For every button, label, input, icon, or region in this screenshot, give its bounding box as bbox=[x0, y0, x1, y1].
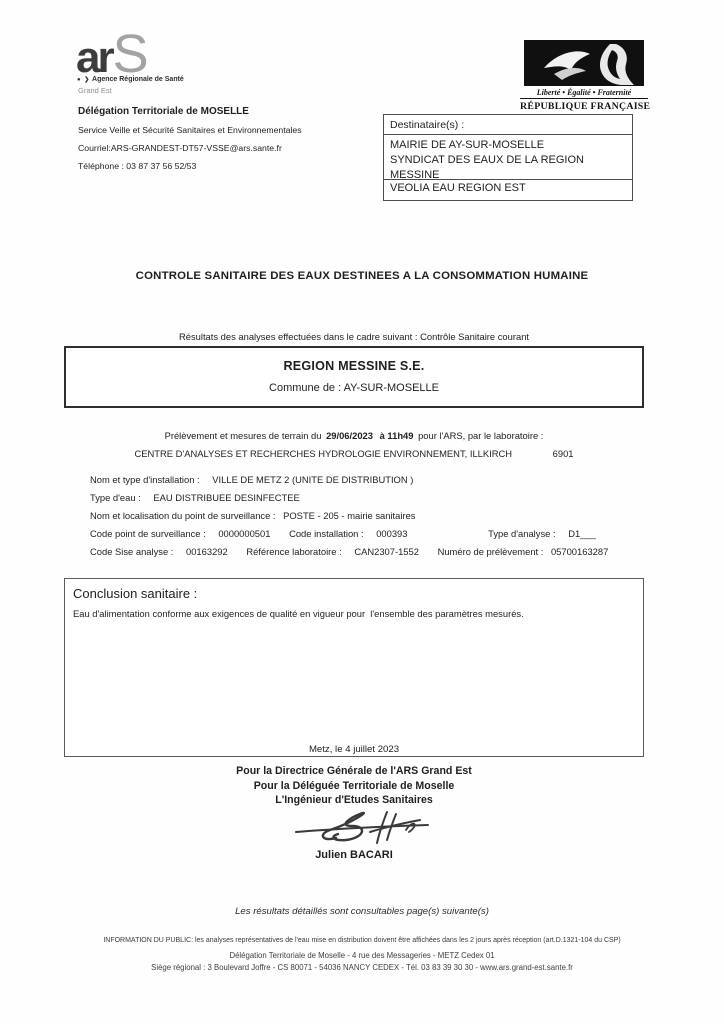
surveillance-point-label: Nom et localisation du point de surveill… bbox=[90, 510, 276, 521]
ars-tagline-text: Agence Régionale de Santé bbox=[92, 76, 184, 83]
email-line: Courriel:ARS-GRANDEST-DT57-VSSE@ars.sant… bbox=[78, 143, 282, 153]
sample-number-value: 05700163287 bbox=[551, 546, 608, 557]
conclusion-label: Conclusion sanitaire : bbox=[73, 586, 643, 601]
sampling-intro-after: pour l'ARS, par le laboratoire : bbox=[418, 430, 543, 441]
lab-reference-label: Référence laboratoire : bbox=[246, 546, 341, 557]
recipients-label: Destinataire(s) : bbox=[384, 115, 632, 135]
water-type-line: Type d'eau : EAU DISTRIBUEE DESINFECTEE bbox=[90, 492, 300, 503]
commune-line: Commune de : AY-SUR-MOSELLE bbox=[66, 382, 642, 394]
installation-line: Nom et type d'installation : VILLE DE ME… bbox=[90, 474, 413, 485]
delegation-title: Délégation Territoriale de MOSELLE bbox=[78, 106, 249, 117]
signature-title-1: Pour la Directrice Générale de l'ARS Gra… bbox=[64, 764, 644, 779]
codes-line-1: Code point de surveillance : 0000000501 … bbox=[90, 528, 596, 539]
detailed-results-note: Les résultats détaillés sont consultable… bbox=[0, 906, 724, 917]
marianne-logo: Liberté • Égalité • Fraternité RÉPUBLIQU… bbox=[520, 40, 648, 112]
signature-titles: Pour la Directrice Générale de l'ARS Gra… bbox=[64, 764, 644, 808]
water-type-value: EAU DISTRIBUEE DESINFECTEE bbox=[153, 492, 299, 503]
laboratory-code: 6901 bbox=[553, 448, 574, 459]
analysis-type-label: Type d'analyse : bbox=[488, 528, 555, 539]
ars-bullet-icon: ● ❯ bbox=[77, 77, 90, 83]
lab-reference-value: CAN2307-1552 bbox=[354, 546, 419, 557]
code-point-label: Code point de surveillance : bbox=[90, 528, 206, 539]
analysis-type-value: D1___ bbox=[568, 528, 596, 539]
conclusion-text: Eau d'alimentation conforme aux exigence… bbox=[73, 608, 635, 619]
codes-line-2: Code Sise analyse : 00163292 Référence l… bbox=[90, 546, 608, 557]
code-point-value: 0000000501 bbox=[218, 528, 270, 539]
recipients-box: Destinataire(s) : MAIRIE DE AY-SUR-MOSEL… bbox=[383, 114, 633, 201]
republic-motto: Liberté • Égalité • Fraternité bbox=[520, 88, 648, 97]
recipient-item: SYNDICAT DES EAUX DE LA REGION MESSINE bbox=[384, 153, 608, 180]
ars-logo-s: S bbox=[113, 24, 149, 84]
code-installation-label: Code installation : bbox=[289, 528, 364, 539]
footer-address-2: Siège régional : 3 Boulevard Joffre - CS… bbox=[0, 963, 724, 972]
ars-tagline: ● ❯ Agence Régionale de Santé bbox=[77, 76, 184, 83]
sampling-intro-before: Prélèvement et mesures de terrain du bbox=[165, 430, 322, 441]
analysis-context-line: Résultats des analyses effectuées dans l… bbox=[64, 331, 644, 342]
surveillance-point-value: POSTE - 205 - mairie sanitaires bbox=[283, 510, 415, 521]
ars-logo: arS ● ❯ Agence Régionale de Santé Grand … bbox=[76, 30, 246, 100]
public-information-line: INFORMATION DU PUBLIC: les analyses repr… bbox=[0, 937, 724, 944]
conclusion-box: Conclusion sanitaire : Eau d'alimentatio… bbox=[64, 578, 644, 757]
code-sise-value: 00163292 bbox=[186, 546, 228, 557]
service-line: Service Veille et Sécurité Sanitaires et… bbox=[78, 125, 302, 135]
signature-icon bbox=[292, 805, 432, 849]
installation-value: VILLE DE METZ 2 (UNITE DE DISTRIBUTION ) bbox=[212, 474, 413, 485]
sample-number-label: Numéro de prélèvement : bbox=[438, 546, 544, 557]
ars-logo-ar: ar bbox=[76, 33, 112, 82]
recipient-item-clipped: SYNDICAT DES EAUX DE LA REGION MESSINE bbox=[384, 153, 632, 180]
place-date-line: Metz, le 4 juillet 2023 bbox=[64, 744, 644, 755]
sampling-date: 29/06/2023 bbox=[326, 430, 373, 441]
sampling-intro-line: Prélèvement et mesures de terrain du 29/… bbox=[64, 430, 644, 441]
page-title: CONTROLE SANITAIRE DES EAUX DESTINEES A … bbox=[0, 270, 724, 282]
document-page: arS ● ❯ Agence Régionale de Santé Grand … bbox=[0, 0, 724, 1024]
recipient-item: MAIRIE DE AY-SUR-MOSELLE bbox=[384, 135, 632, 153]
ars-region-label: Grand Est bbox=[78, 86, 112, 95]
sampling-time: à 11h49 bbox=[380, 430, 414, 441]
network-box: REGION MESSINE S.E. Commune de : AY-SUR-… bbox=[64, 346, 644, 408]
republic-name: RÉPUBLIQUE FRANÇAISE bbox=[520, 98, 648, 112]
surveillance-point-line: Nom et localisation du point de surveill… bbox=[90, 510, 415, 521]
marianne-icon bbox=[524, 40, 644, 86]
water-type-label: Type d'eau : bbox=[90, 492, 141, 503]
laboratory-line: CENTRE D'ANALYSES ET RECHERCHES HYDROLOG… bbox=[64, 448, 644, 459]
footer-address-1: Délégation Territoriale de Moselle - 4 r… bbox=[0, 951, 724, 960]
phone-line: Téléphone : 03 87 37 56 52/53 bbox=[78, 161, 196, 171]
installation-label: Nom et type d'installation : bbox=[90, 474, 200, 485]
laboratory-name: CENTRE D'ANALYSES ET RECHERCHES HYDROLOG… bbox=[134, 448, 512, 459]
signatory-name: Julien BACARI bbox=[64, 849, 644, 861]
code-installation-value: 000393 bbox=[376, 528, 407, 539]
recipient-item: VEOLIA EAU REGION EST bbox=[384, 180, 632, 200]
signature-title-2: Pour la Déléguée Territoriale de Moselle bbox=[64, 779, 644, 794]
network-name: REGION MESSINE S.E. bbox=[66, 359, 642, 373]
code-sise-label: Code Sise analyse : bbox=[90, 546, 173, 557]
